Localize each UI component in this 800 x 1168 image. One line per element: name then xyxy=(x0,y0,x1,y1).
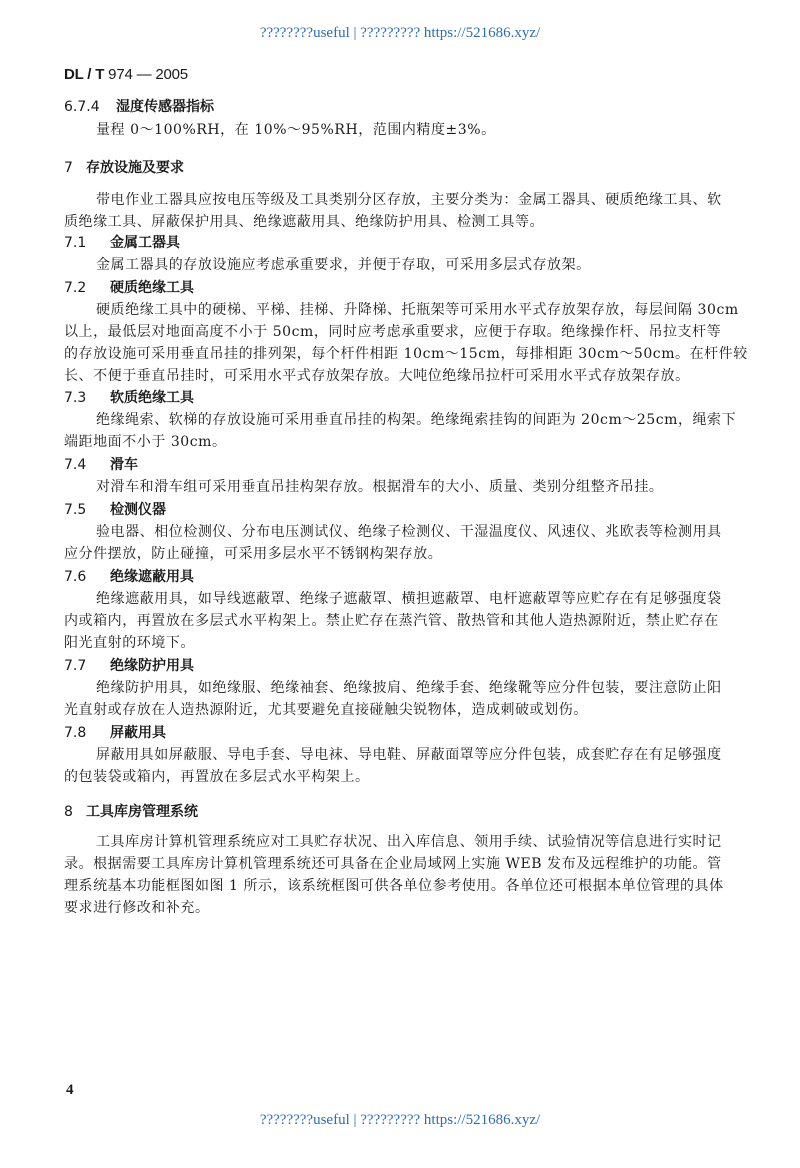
section-heading-8: 8工具库房管理系统 xyxy=(64,803,198,821)
section-title: 工具库房管理系统 xyxy=(86,804,198,820)
section-number: 7.8 xyxy=(64,724,110,742)
paragraph-line: 量程 0～100%RH，在 10%～95%RH，范围内精度±3%。 xyxy=(96,121,496,139)
paragraph-line: 工具库房计算机管理系统应对工具贮存状况、出入库信息、领用手续、试验情况等信息进行… xyxy=(96,833,722,851)
paragraph-line: 长、不便于垂直吊挂时，可采用水平式存放架存放。大吨位绝缘吊拉杆可采用水平式存放架… xyxy=(64,367,690,385)
section-heading-6-7-4: 6.7.4湿度传感器指标 xyxy=(64,98,214,116)
section-title: 存放设施及要求 xyxy=(86,160,184,176)
section-heading-7-8: 7.8屏蔽用具 xyxy=(64,724,166,742)
paragraph-line: 要求进行修改和补充。 xyxy=(64,899,210,917)
section-heading-7-5: 7.5检测仪器 xyxy=(64,501,166,519)
section-heading-7-7: 7.7绝缘防护用具 xyxy=(64,657,194,675)
paragraph-line: 质绝缘工具、屏蔽保护用具、绝缘遮蔽用具、绝缘防护用具、检测工具等。 xyxy=(64,213,544,231)
section-title: 湿度传感器指标 xyxy=(116,99,214,115)
section-heading-7-4: 7.4滑车 xyxy=(64,456,138,474)
section-number: 7.3 xyxy=(64,389,110,407)
standard-prefix: DL / T xyxy=(64,66,104,83)
standard-number: 974 — 2005 xyxy=(108,66,188,83)
paragraph-line: 端距地面不小于 30cm。 xyxy=(64,433,227,451)
section-number: 8 xyxy=(64,803,86,821)
section-heading-7-1: 7.1金属工器具 xyxy=(64,234,180,252)
paragraph-line: 屏蔽用具如屏蔽服、导电手套、导电袜、导电鞋、屏蔽面罩等应分件包装，成套贮存在有足… xyxy=(96,746,722,764)
section-number: 7.5 xyxy=(64,501,110,519)
section-title: 软质绝缘工具 xyxy=(110,390,194,406)
section-number: 7.1 xyxy=(64,234,110,252)
paragraph-line: 的包装袋或箱内，再置放在多层式水平构架上。 xyxy=(64,768,370,786)
section-title: 硬质绝缘工具 xyxy=(110,280,194,296)
paragraph-line: 硬质绝缘工具中的硬梯、平梯、挂梯、升降梯、托瓶架等可采用水平式存放架存放，每层间… xyxy=(96,301,739,319)
paragraph-line: 对滑车和滑车组可采用垂直吊挂构架存放。根据滑车的大小、质量、类别分组整齐吊挂。 xyxy=(96,478,663,496)
section-number: 7 xyxy=(64,159,86,177)
section-heading-7-2: 7.2硬质绝缘工具 xyxy=(64,279,194,297)
section-title: 绝缘防护用具 xyxy=(110,658,194,674)
paragraph-line: 应分件摆放，防止碰撞，可采用多层水平不锈钢构架存放。 xyxy=(64,545,442,563)
paragraph-line: 以上，最低层对地面高度不小于 50cm，同时应考虑承重要求，应便于存取。绝缘操作… xyxy=(64,323,721,341)
paragraph-line: 绝缘绳索、软梯的存放设施可采用垂直吊挂的构架。绝缘绳索挂钩的间距为 20cm～2… xyxy=(96,411,736,429)
paragraph-line: 的存放设施可采用垂直吊挂的排列架，每个杆件相距 10cm～15cm，每排相距 3… xyxy=(64,345,748,363)
section-number: 7.6 xyxy=(64,568,110,586)
paragraph-line: 绝缘防护用具，如绝缘服、绝缘袖套、绝缘披肩、绝缘手套、绝缘靴等应分件包装，要注意… xyxy=(96,679,722,697)
paragraph-line: 带电作业工器具应按电压等级及工具类别分区存放，主要分类为：金属工器具、硬质绝缘工… xyxy=(96,191,722,209)
paragraph-line: 理系统基本功能框图如图 1 所示，该系统框图可供各单位参考使用。各单位还可根据本… xyxy=(64,877,724,895)
paragraph-line: 绝缘遮蔽用具，如导线遮蔽罩、绝缘子遮蔽罩、横担遮蔽罩、电杆遮蔽罩等应贮存在有足够… xyxy=(96,590,722,608)
section-heading-7: 7存放设施及要求 xyxy=(64,159,184,177)
section-heading-7-6: 7.6绝缘遮蔽用具 xyxy=(64,568,194,586)
paragraph-line: 金属工器具的存放设施应考虑承重要求，并便于存取，可采用多层式存放架。 xyxy=(96,256,591,274)
section-number: 7.4 xyxy=(64,456,110,474)
paragraph-line: 光直射或存放在人造热源附近，尤其要避免直接碰触尖锐物体，造成刺破或划伤。 xyxy=(64,701,588,719)
paragraph-line: 阳光直射的环境下。 xyxy=(64,634,195,652)
section-title: 滑车 xyxy=(110,457,138,473)
section-number: 6.7.4 xyxy=(64,98,116,116)
watermark-top: ????????useful | ????????? https://52168… xyxy=(0,24,800,42)
section-number: 7.2 xyxy=(64,279,110,297)
section-title: 绝缘遮蔽用具 xyxy=(110,569,194,585)
section-heading-7-3: 7.3软质绝缘工具 xyxy=(64,389,194,407)
page-number: 4 xyxy=(66,1082,74,1099)
paragraph-line: 录。根据需要工具库房计算机管理系统还可具备在企业局域网上实施 WEB 发布及远程… xyxy=(64,855,722,873)
standard-code: DL / T 974 — 2005 xyxy=(64,66,188,83)
paragraph-line: 验电器、相位检测仪、分布电压测试仪、绝缘子检测仪、干湿温度仪、风速仪、兆欧表等检… xyxy=(96,523,722,541)
watermark-bottom: ????????useful | ????????? https://52168… xyxy=(0,1111,800,1129)
section-title: 屏蔽用具 xyxy=(110,725,166,741)
paragraph-line: 内或箱内，再置放在多层式水平构架上。禁止贮存在蒸汽管、散热管和其他人造热源附近，… xyxy=(64,612,719,630)
section-title: 金属工器具 xyxy=(110,235,180,251)
section-number: 7.7 xyxy=(64,657,110,675)
section-title: 检测仪器 xyxy=(110,502,166,518)
